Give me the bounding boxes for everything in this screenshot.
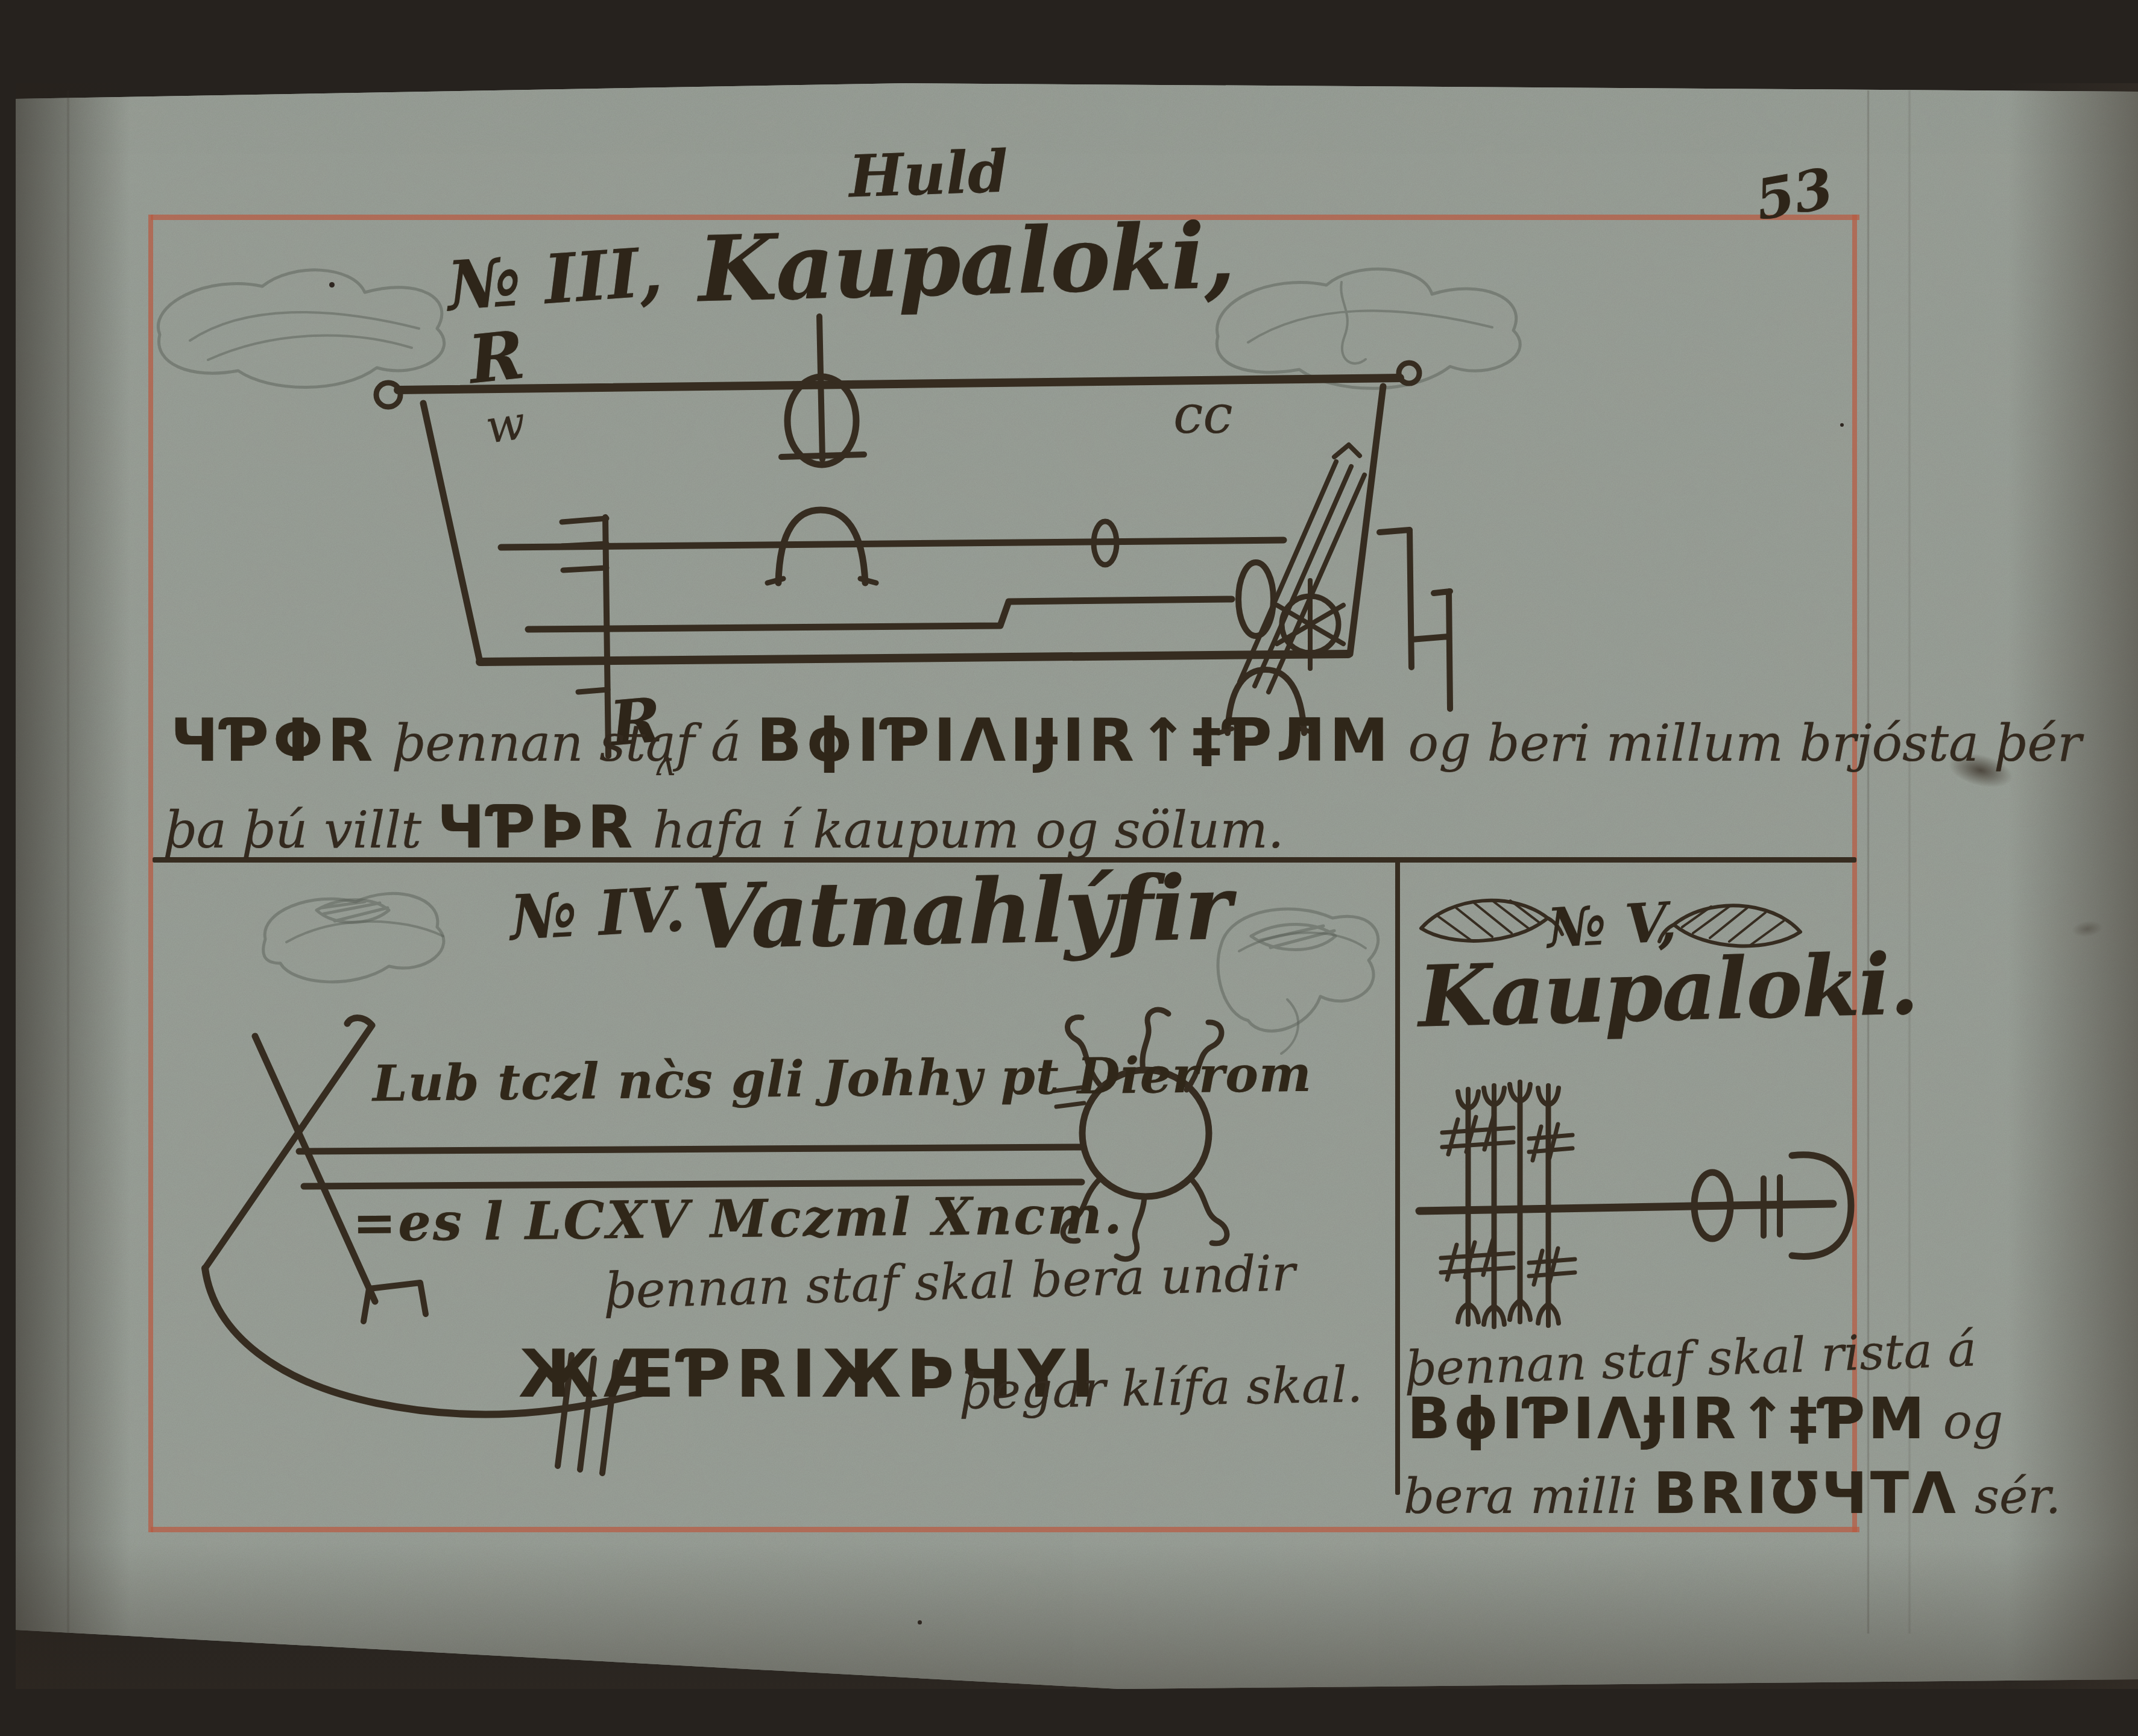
section-divider-vertical: [1395, 861, 1400, 1495]
red-border-left: [148, 215, 153, 1532]
section-iv-title: Vatnahlýfir: [690, 855, 1232, 969]
section-iv-number: № IV.: [508, 873, 687, 954]
ink-speck: [918, 1620, 922, 1624]
caption-text: þa þú villt: [164, 800, 421, 860]
sigil-iii-mark-w: w: [482, 395, 529, 454]
rune-word: BɸIƤIΛɈIR↑‡ƤM: [1407, 1386, 1928, 1452]
rune-word: BɸIƤIΛIɈIR↑‡ƤЛM: [757, 706, 1393, 775]
section-iv-shaft-row1: Lub tczl nc̀s gli Johhy pt Dierrom: [373, 1045, 1313, 1113]
running-title: Huld: [848, 137, 1009, 210]
pencil-flourish-no4-left: [244, 873, 485, 1011]
ink-speck: [1840, 423, 1844, 427]
sigil-iii-mark-cc: cc: [1173, 383, 1233, 445]
caption-text: hafa í kaupum og sölum.: [653, 800, 1284, 860]
rune-word: BRIƱЧTΛ: [1653, 1461, 1959, 1527]
manuscript-scan: Huld 53 № III, Kaupaloki, R w cc R ʌ ЧƤΦ…: [0, 0, 2138, 1736]
caption-text: og: [1943, 1394, 2003, 1450]
page-number: 53: [1751, 156, 1838, 233]
rune-word: ЧƤÞR: [437, 793, 637, 862]
section-iii-caption-line2: þa þú villtЧƤÞRhafa í kaupum og sölum.: [164, 793, 1284, 862]
rune-word: ЧƤΦR: [171, 706, 377, 775]
section-iv-shaft-row2: =es l LCXV Mczml Xncm.: [353, 1184, 1124, 1253]
caption-text: bera milli: [1404, 1468, 1638, 1524]
section-v-caption-line3: bera milliBRIƱЧTΛsér.: [1404, 1461, 2061, 1527]
caption-text: þennan staf á: [393, 714, 741, 773]
ink-speck: [329, 282, 335, 288]
section-v-title: Kaupaloki.: [1417, 935, 1919, 1047]
section-v-caption-line2: BɸIƤIΛɈIR↑‡ƤMog: [1407, 1386, 2003, 1452]
section-iii-title: Kaupaloki,: [697, 203, 1235, 322]
section-iv-caption-line2: þegar klífa skal.: [959, 1356, 1363, 1421]
left-crease: [66, 90, 70, 1634]
sigil-iii-mark-r-top: R: [465, 316, 528, 399]
red-border-bottom: [151, 1527, 1859, 1532]
section-iii-caption-line1: ЧƤΦRþennan staf áBɸIƤIΛIɈIR↑‡ƤЛMog beri …: [171, 706, 2081, 775]
sigil-kaupaloki-v: [1411, 1082, 1857, 1365]
caption-text: sér.: [1975, 1468, 2061, 1524]
